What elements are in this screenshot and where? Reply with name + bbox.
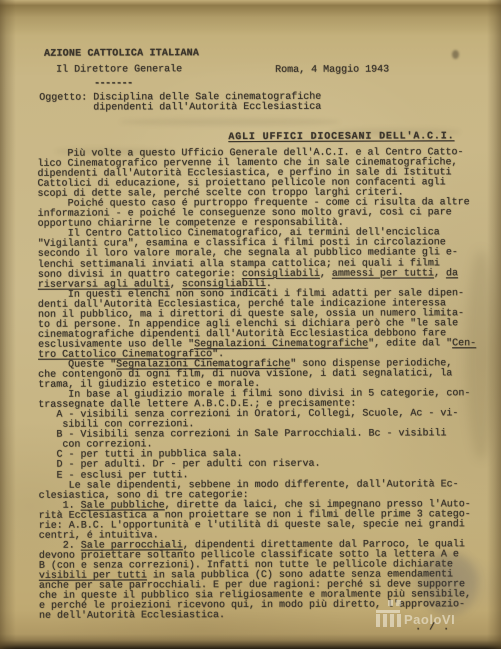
divider-dashes: -------	[94, 79, 133, 89]
addressee-heading: AGLI UFFICI DIOCESANI DELL'A.C.I.	[228, 132, 454, 143]
dateline: Roma, 4 Maggio 1943	[275, 66, 389, 76]
subject-block: Oggetto: Disciplina delle Sale cinematog…	[39, 93, 321, 114]
organization-name: AZIONE CATTOLICA ITALIANA	[44, 49, 199, 60]
scanned-letter: AZIONE CATTOLICA ITALIANA Il Direttore G…	[0, 0, 501, 649]
sender-title: Il Direttore Generale	[56, 65, 182, 75]
document-body: Più volte a questo Ufficio Generale dell…	[37, 148, 479, 622]
continuation-mark: . / .	[415, 623, 450, 633]
body-line: ne dell'Autorità Ecclesiastica.	[39, 610, 479, 622]
subject-line-2: dipendenti dall'Autorità Ecclesiastica	[39, 102, 321, 114]
letter-content: AZIONE CATTOLICA ITALIANA Il Direttore G…	[0, 0, 501, 649]
